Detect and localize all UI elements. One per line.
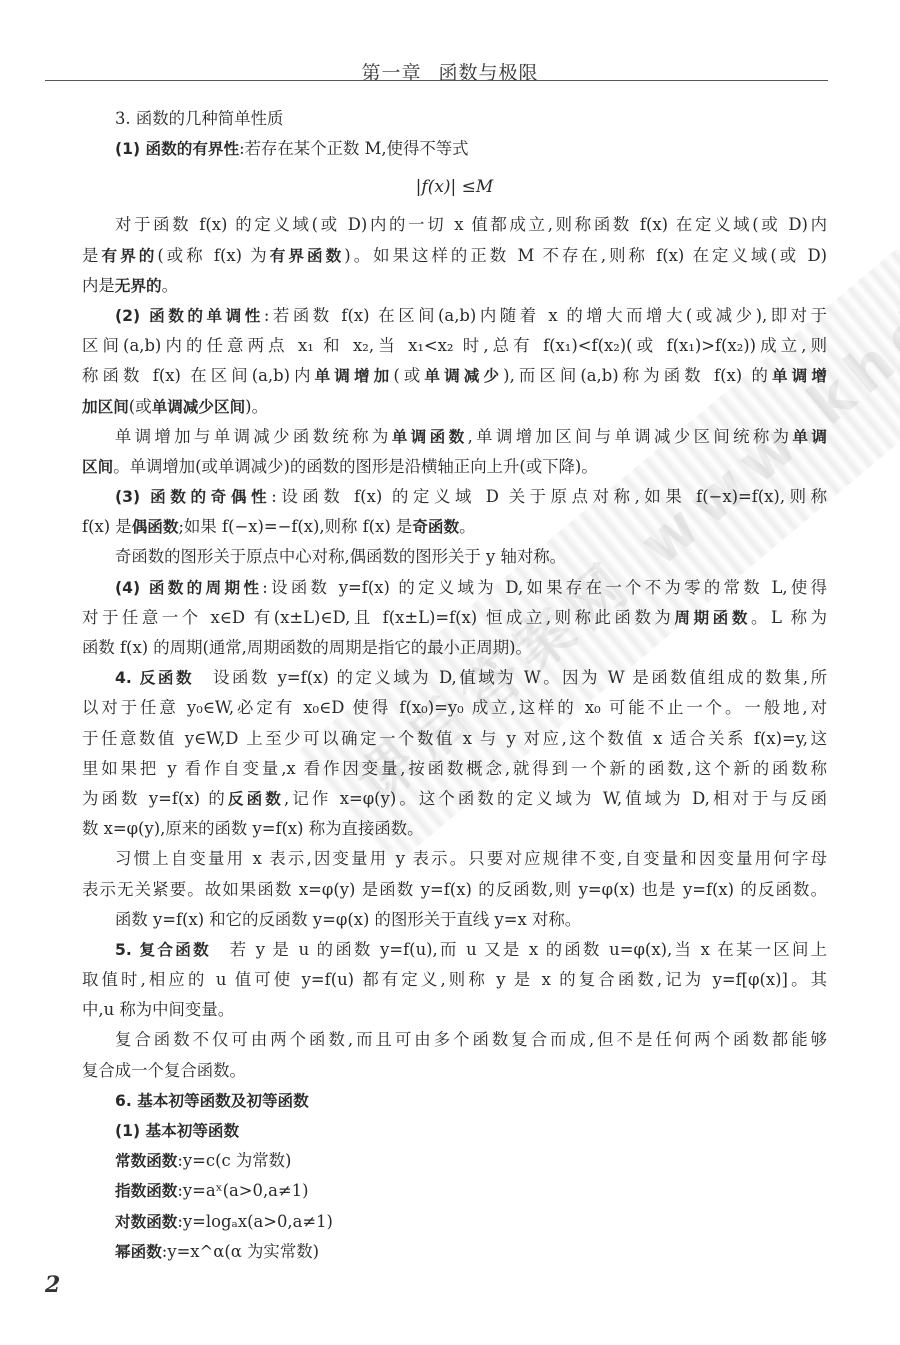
subsection-basic-elementary: (1) 基本初等函数 bbox=[82, 1116, 827, 1146]
text-line: 中,u 称为中间变量。 bbox=[82, 995, 827, 1025]
body-text: 3. 函数的几种简单性质 (1) 函数的有界性:若存在某个正数 M,使得不等式 … bbox=[82, 104, 827, 1267]
text-line: f(x) 是偶函数;如果 f(−x)=−f(x),则称 f(x) 是奇函数。 bbox=[82, 512, 827, 542]
text-line: 复合成一个复合函数。 bbox=[82, 1056, 827, 1086]
logarithmic-function: 对数函数:y=logₐx(a>0,a≠1) bbox=[82, 1207, 827, 1237]
exponential-function: 指数函数:y=aˣ(a>0,a≠1) bbox=[82, 1176, 827, 1206]
header-rule bbox=[45, 80, 828, 81]
section-inverse-function: 4. 反函数 设函数 y=f(x) 的定义域为 D,值域为 W。因为 W 是函数… bbox=[82, 663, 827, 693]
text-line: 是有界的(或称 f(x) 为有界函数)。如果这样的正数 M 不存在,则称 f(x… bbox=[82, 241, 827, 271]
constant-function: 常数函数:y=c(c 为常数) bbox=[82, 1146, 827, 1176]
text-line: 表示无关紧要。故如果函数 x=φ(y) 是函数 y=f(x) 的反函数,则 y=… bbox=[82, 875, 827, 905]
text-line: 取值时,相应的 u 值可使 y=f(u) 都有定义,则称 y 是 x 的复合函数… bbox=[82, 965, 827, 995]
paragraph-periodicity: (4) 函数的周期性:设函数 y=f(x) 的定义域为 D,如果存在一个不为零的… bbox=[82, 573, 827, 603]
paragraph-boundedness: (1) 函数的有界性:若存在某个正数 M,使得不等式 bbox=[82, 134, 827, 164]
text-line: 数 x=φ(y),原来的函数 y=f(x) 称为直接函数。 bbox=[82, 814, 827, 844]
page-number: 2 bbox=[45, 1272, 60, 1298]
text-line: 对于任意一个 x∈D 有(x±L)∈D,且 f(x±L)=f(x) 恒成立,则称… bbox=[82, 603, 827, 633]
text-line: 称函数 f(x) 在区间(a,b)内单调增加(或单调减少),而区间(a,b)称为… bbox=[82, 361, 827, 391]
power-function: 幂函数:y=x^α(α 为实常数) bbox=[82, 1237, 827, 1267]
text-line: 函数 f(x) 的周期(通常,周期函数的周期是指它的最小正周期)。 bbox=[82, 633, 827, 663]
section-heading: 3. 函数的几种简单性质 bbox=[82, 104, 827, 134]
text-line: 里如果把 y 看作自变量,x 看作因变量,按函数概念,就得到一个新的函数,这个新… bbox=[82, 754, 827, 784]
text-line: 奇函数的图形关于原点中心对称,偶函数的图形关于 y 轴对称。 bbox=[82, 542, 827, 572]
text-line: 区间(a,b)内的任意两点 x₁ 和 x₂,当 x₁<x₂ 时,总有 f(x₁)… bbox=[82, 331, 827, 361]
text-line: 函数 y=f(x) 和它的反函数 y=φ(x) 的图形关于直线 y=x 对称。 bbox=[82, 905, 827, 935]
text-line: 习惯上自变量用 x 表示,因变量用 y 表示。只要对应规律不变,自变量和因变量用… bbox=[82, 844, 827, 874]
text-line: 复合函数不仅可由两个函数,而且可由多个函数复合而成,但不是任何两个函数都能够 bbox=[82, 1025, 827, 1055]
formula-bound: |f(x)| ≤M bbox=[82, 164, 827, 210]
text-line: 内是无界的。 bbox=[82, 271, 827, 301]
text-line: 加区间(或单调减少区间)。 bbox=[82, 392, 827, 422]
text-line: 于任意数值 y∈W,D 上至少可以确定一个数值 x 与 y 对应,这个数值 x … bbox=[82, 724, 827, 754]
textbook-page: 课后答案网 www.khdaw.com 第一章 函数与极限 3. 函数的几种简单… bbox=[0, 0, 900, 1345]
section-composite-function: 5. 复合函数 若 y 是 u 的函数 y=f(u),而 u 又是 x 的函数 … bbox=[82, 935, 827, 965]
paragraph-monotonicity: (2) 函数的单调性:若函数 f(x) 在区间(a,b)内随着 x 的增大而增大… bbox=[82, 301, 827, 331]
text-line: 以对于任意 y₀∈W,必定有 x₀∈D 使得 f(x₀)=y₀ 成立,这样的 x… bbox=[82, 693, 827, 723]
text-line: 对于函数 f(x) 的定义域(或 D)内的一切 x 值都成立,则称函数 f(x)… bbox=[82, 210, 827, 240]
text-line: 区间。单调增加(或单调减少)的函数的图形是沿横轴正向上升(或下降)。 bbox=[82, 452, 827, 482]
paragraph-parity: (3) 函数的奇偶性:设函数 f(x) 的定义域 D 关于原点对称,如果 f(−… bbox=[82, 482, 827, 512]
text-line: 单调增加与单调减少函数统称为单调函数,单调增加区间与单调减少区间统称为单调 bbox=[82, 422, 827, 452]
text-line: 为函数 y=f(x) 的反函数,记作 x=φ(y)。这个函数的定义域为 W,值域… bbox=[82, 784, 827, 814]
section-elementary-functions: 6. 基本初等函数及初等函数 bbox=[82, 1086, 827, 1116]
